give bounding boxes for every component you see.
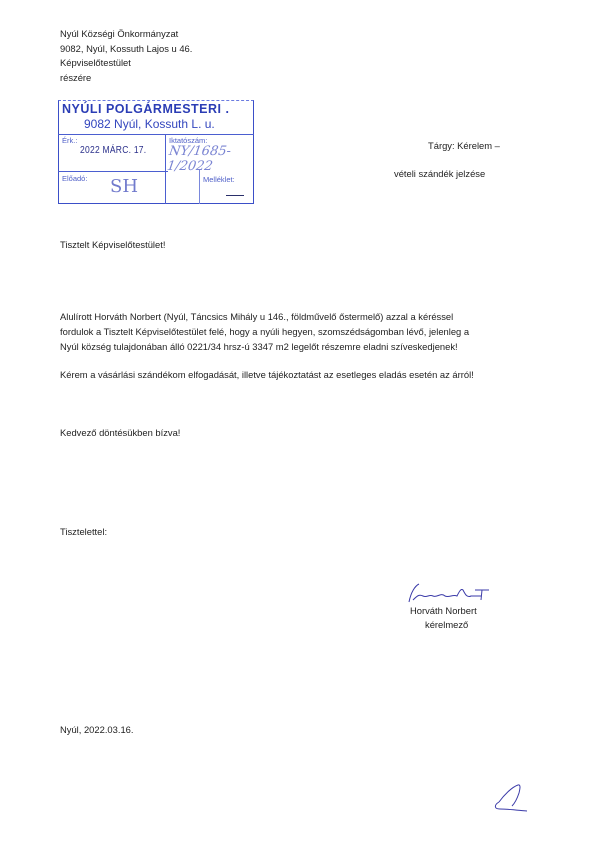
signer-role: kérelmező [425,619,468,630]
stamp-handler-initials: SH [110,176,138,197]
body-line: fordulok a Tisztelt Képviselőtestület fe… [60,324,469,339]
greeting: Tisztelt Képviselőtestület! [60,239,165,250]
closing: Kedvező döntésükben bízva! [60,427,180,438]
recipient-address: Nyúl Községi Önkormányzat 9082, Nyúl, Ko… [60,27,192,85]
handwritten-signature [395,580,495,606]
signer-name: Horváth Norbert [410,605,477,616]
body-paragraph-price: Kérem a vásárlási szándékom elfogadását,… [60,367,474,382]
stamp-file-number: NY/1685-1/2022 [166,144,256,174]
stamp-divider [58,134,254,135]
regards: Tisztelettel: [60,526,107,537]
recipient-line: részére [60,71,192,86]
place-and-date: Nyúl, 2022.03.16. [60,724,134,735]
stamp-divider [58,171,168,172]
stamp-received-date: 2022 MÁRC. 17. [80,145,146,156]
stamp-office: NYÚLI POLGÁRMESTERI . [62,102,229,116]
stamp-handler-label: Előadó: [62,174,87,183]
recipient-line: Nyúl Községi Önkormányzat [60,27,192,42]
handwritten-mark [490,775,530,815]
subject-detail: vételi szándék jelzése [394,168,485,179]
stamp-address: 9082 Nyúl, Kossuth L. u. [84,117,215,131]
registration-stamp: NYÚLI POLGÁRMESTERI . 9082 Nyúl, Kossuth… [58,100,254,204]
stamp-divider [199,170,200,204]
subject-line: Tárgy: Kérelem – [428,140,500,151]
body-paragraph-request: Alulírott Horváth Norbert (Nyúl, Táncsic… [60,309,469,354]
stamp-received-label: Érk.: [62,136,77,145]
body-line: Alulírott Horváth Norbert (Nyúl, Táncsic… [60,309,469,324]
recipient-line: Képviselőtestület [60,56,192,71]
body-line: Nyúl község tulajdonában álló 0221/34 hr… [60,339,469,354]
stamp-attachment-value [226,195,244,196]
recipient-line: 9082, Nyúl, Kossuth Lajos u 46. [60,42,192,57]
stamp-attachment-label: Melléklet: [203,175,235,184]
